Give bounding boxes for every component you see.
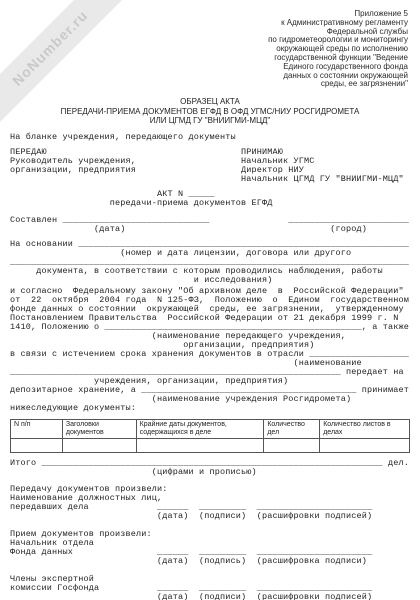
act-heading: АКТ N _____ передачи-приема документов Е… <box>10 190 410 208</box>
table-header-num: N п/п <box>11 419 63 438</box>
table-header-count-cases: Количество дел <box>264 419 320 438</box>
document-page: NoNumber.ru Приложение 5 к Административ… <box>0 0 420 600</box>
table-empty-row <box>11 438 410 452</box>
basis-block: На основании ___________________________… <box>10 240 410 285</box>
legal-paragraph: и согласно Федеральному закону "Об архив… <box>10 287 410 413</box>
table-header-titles: Заголовки документов <box>62 419 136 438</box>
table-empty-cell <box>136 438 264 452</box>
table-header-row: N п/п Заголовки документов Крайние даты … <box>11 419 410 438</box>
table-header-dates: Крайние даты документов, содержащихся в … <box>136 419 264 438</box>
total-line: Итого __________________________________… <box>10 459 410 477</box>
table-header-count-sheets: Количество листов в делах <box>320 419 410 438</box>
blank-form-note: На бланке учреждения, передающего докуме… <box>10 133 410 142</box>
documents-table: N п/п Заголовки документов Крайние даты … <box>10 419 410 453</box>
table-empty-cell <box>264 438 320 452</box>
compiled-date-city-line: Составлен ____________________________ _… <box>10 216 410 234</box>
table-empty-cell <box>62 438 136 452</box>
table-empty-cell <box>11 438 63 452</box>
signatures-block: Передачу документов произвели: Наименова… <box>10 485 410 600</box>
parties-block: ПЕРЕДАЮ ПРИНИМАЮ Руководитель учреждения… <box>10 148 410 184</box>
document-title: ОБРАЗЕЦ АКТА ПЕРЕДАЧИ-ПРИЕМА ДОКУМЕНТОВ … <box>10 97 410 126</box>
appendix-header-note: Приложение 5 к Административному регламе… <box>10 10 408 89</box>
table-empty-cell <box>320 438 410 452</box>
